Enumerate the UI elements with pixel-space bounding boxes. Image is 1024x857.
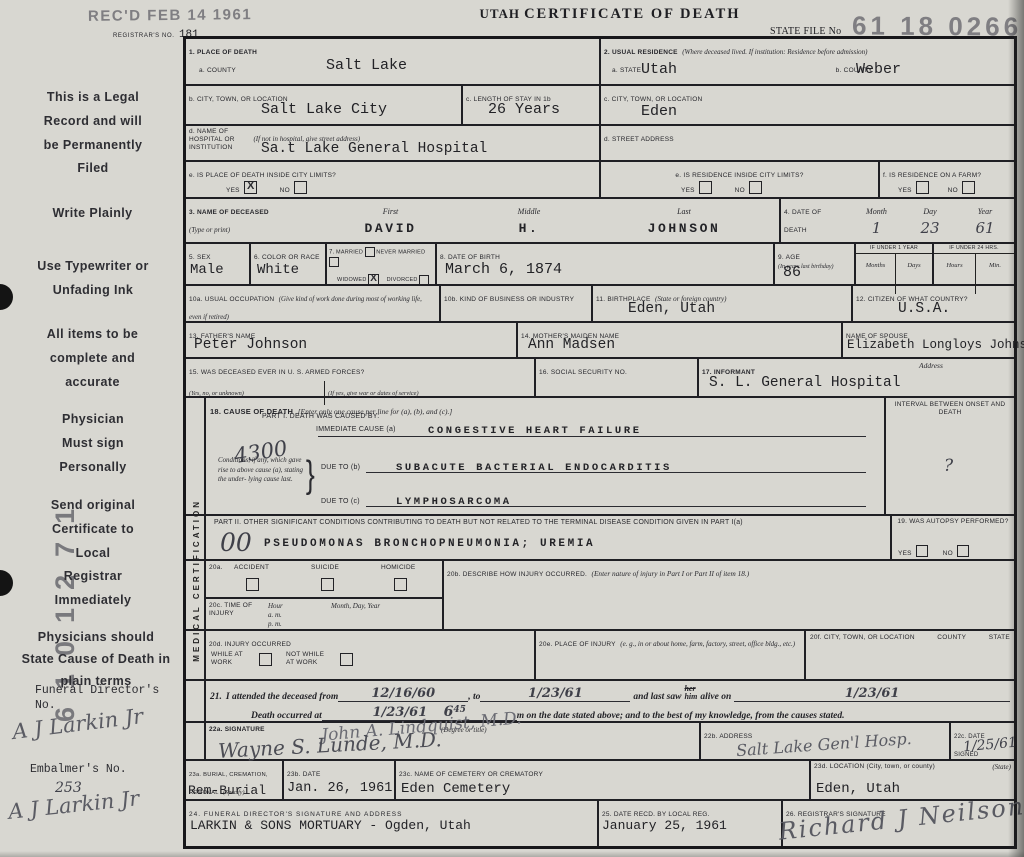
checkbox-widowed: X (368, 274, 379, 285)
under-24-hrs-header: IF UNDER 24 HRS. (934, 244, 1014, 254)
field-date-signed: 22c. DATE SIGNED 1/25/61 (951, 723, 1014, 759)
field-mothers-maiden-name: 14. MOTHER'S MAIDEN NAME Ann Madsen (518, 323, 843, 357)
injury-state-label: STATE (989, 634, 1010, 642)
field-death-inside-city-limits: e. IS PLACE OF DEATH INSIDE CITY LIMITS?… (186, 162, 601, 197)
margin-note-state-cause: Physicians should State Cause of Death i… (20, 627, 172, 693)
form-title-state: UTAH (479, 6, 520, 21)
field-accident-suicide-homicide: 20a. ACCIDENT SUICIDE HOMICIDE (206, 561, 442, 599)
conditions-note: Conditions, if any, which gave rise to a… (218, 456, 308, 485)
no-label: NO (280, 187, 290, 194)
field-usual-occupation: 10a. USUAL OCCUPATION (Give kind of work… (186, 286, 441, 321)
no-label: NO (735, 187, 745, 194)
field-usual-residence: 2. USUAL RESIDENCE (Where deceased lived… (601, 39, 1014, 84)
scan-edge-shadow (1008, 0, 1024, 857)
age-value: 86 (783, 264, 801, 281)
middle-name-header: Middle (518, 207, 541, 216)
checkbox-never-married (329, 257, 339, 267)
armed-forces-hint1: (Yes, no, or unknown) (189, 390, 244, 397)
injury-county-label: COUNTY (937, 634, 966, 642)
spouse-value: Elizabeth Longloys Johnson (847, 338, 1024, 352)
field-injury-city-county-state: 20f. CITY, TOWN, OR LOCATION COUNTY STAT… (806, 631, 1014, 679)
margin-note-physician-sign: Physician Must sign Personally (52, 408, 134, 479)
injury-occurred-label: 20d. INJURY OCCURRED (209, 641, 291, 648)
accident-label: ACCIDENT (234, 564, 269, 572)
field-describe-injury: 20b. DESCRIBE HOW INJURY OCCURRED. (Ente… (444, 561, 1014, 629)
yes-label: YES (898, 187, 912, 194)
field-physician-address: 22b. ADDRESS Salt Lake Gen'l Hosp. (701, 723, 951, 759)
month-header: Month (866, 207, 887, 216)
days-header: Days (907, 262, 920, 269)
first-name-header: First (383, 207, 399, 216)
date-received-label: 25. DATE RECD. BY LOCAL REG. (602, 811, 710, 818)
attended-num: 21. (210, 692, 222, 702)
field-date-of-death: 4. DATE OF DEATH Month 1 Day 23 Year 61 (781, 199, 1014, 242)
physician-address-label: 22b. ADDRESS (704, 733, 753, 740)
field-citizen-country: 12. CITIZEN OF WHAT COUNTRY? U.S.A. (853, 286, 1014, 321)
field-name-of-spouse: NAME OF SPOUSE Elizabeth Longloys Johnso… (843, 323, 1014, 357)
county-label: a. COUNTY (199, 67, 236, 74)
field-part2-conditions: PART II. OTHER SIGNIFICANT CONDITIONS CO… (206, 516, 892, 559)
due-to-b-label: DUE TO (b) (321, 464, 360, 473)
field-color-or-race: 6. COLOR OR RACE White (251, 244, 327, 284)
attended-text: I attended the deceased from (226, 692, 338, 702)
interval-label: INTERVAL BETWEEN ONSET AND DEATH (886, 398, 1014, 417)
checkbox-residence-farm-yes (916, 181, 929, 194)
form-title-main: CERTIFICATE OF DEATH (524, 6, 740, 22)
describe-injury-hint: (Enter nature of injury in Part I or Par… (592, 569, 750, 578)
funeral-director-value: LARKIN & SONS MORTUARY - Ogden, Utah (190, 818, 471, 833)
checkbox-homicide (394, 578, 407, 591)
checkbox-accident (246, 578, 259, 591)
business-industry-label: 10b. KIND OF BUSINESS OR INDUSTRY (444, 296, 574, 303)
min-header: Min. (989, 262, 1001, 269)
field-age: 9. AGE (In years last birthday) 86 (775, 244, 856, 284)
death-city-limits-label: e. IS PLACE OF DEATH INSIDE CITY LIMITS? (189, 172, 336, 179)
last-name-value: JOHNSON (648, 221, 721, 236)
medical-strip-segment (186, 681, 206, 721)
margin-note-all-items: All items to be complete and accurate (45, 323, 140, 394)
date-received-value: January 25, 1961 (602, 818, 727, 833)
residence-city-label: c. CITY, TOWN, OR LOCATION (604, 96, 702, 103)
length-of-stay-value: 26 Years (488, 101, 560, 118)
middle-name-value: H. (519, 221, 540, 236)
divorced-label: DIVORCED (387, 277, 418, 283)
no-label: NO (948, 187, 958, 194)
death-occurred-label: Death occurred at (251, 711, 322, 721)
field-residence-on-farm: f. IS RESIDENCE ON A FARM? YES NO (880, 162, 1014, 197)
death-year-value: 61 (975, 219, 994, 237)
last-saw-alive-value: 1/23/61 (845, 686, 900, 701)
residence-city-limits-label: e. IS RESIDENCE INSIDE CITY LIMITS? (675, 172, 803, 179)
date-of-death-title: 4. DATE OF DEATH (784, 209, 821, 234)
residence-farm-label: f. IS RESIDENCE ON A FARM? (883, 172, 981, 179)
field-interval-onset-death: INTERVAL BETWEEN ONSET AND DEATH ? (886, 398, 1014, 514)
field-cause-of-death: 18. CAUSE OF DEATH [Enter only one cause… (206, 398, 886, 514)
attended-to-value: 1/23/61 (528, 686, 583, 701)
medical-strip-segment (186, 516, 206, 559)
cemetery-location-label: 23d. LOCATION (City, town, or county) (814, 763, 935, 771)
checkbox-while-at-work (259, 653, 272, 666)
hospital-label: d. NAME OF HOSPITAL OR INSTITUTION (189, 128, 249, 152)
place-of-injury-label: 20e. PLACE OF INJURY (539, 641, 616, 648)
county-value: Salt Lake (326, 57, 407, 74)
medical-strip-segment (186, 631, 206, 679)
handwritten-00: 00 (220, 528, 252, 557)
field-attended-statement: 21. I attended the deceased from 12/16/6… (206, 681, 1014, 721)
no-label: NO (943, 550, 953, 557)
field-place-of-death-county: 1. PLACE OF DEATH a. COUNTY Salt Lake (186, 39, 601, 84)
field-autopsy: 19. WAS AUTOPSY PERFORMED? YES NO (892, 516, 1014, 559)
funeral-director-label: 24. FUNERAL DIRECTOR'S SIGNATURE AND ADD… (189, 811, 402, 818)
citizen-value: U.S.A. (898, 301, 950, 317)
cause-c-value: LYMPHOSARCOMA (396, 496, 512, 508)
checkbox-death-city-limits-no (294, 181, 307, 194)
cause-b-value: SUBACUTE BACTERIAL ENDOCARDITIS (396, 462, 672, 474)
field-business-industry: 10b. KIND OF BUSINESS OR INDUSTRY (441, 286, 593, 321)
checkbox-residence-city-limits-no (749, 181, 762, 194)
date-of-birth-label: 8. DATE OF BIRTH (440, 254, 500, 261)
due-to-c-label: DUE TO (c) (321, 498, 360, 507)
checkbox-residence-farm-no (962, 181, 975, 194)
group-if-under-24-hrs: IF UNDER 24 HRS. Hours Min. (934, 244, 1014, 284)
checkbox-married (365, 247, 375, 257)
field-date-of-birth: 8. DATE OF BIRTH March 6, 1874 (437, 244, 775, 284)
residence-county-value: Weber (856, 61, 901, 78)
homicide-label: HOMICIDE (381, 564, 416, 572)
sex-label: 5. SEX (189, 254, 211, 261)
signature-label: 22a. SIGNATURE (209, 726, 265, 734)
checkbox-mark: X (245, 180, 256, 192)
suicide-label: SUICIDE (311, 564, 339, 572)
margin-note-send-original: Send original Certificate to Local Regis… (45, 494, 141, 613)
checkbox-autopsy-no (957, 545, 969, 557)
field-place-of-injury: 20e. PLACE OF INJURY (e. g., in or about… (536, 631, 806, 679)
field-burial-date: 23b. DATE Jan. 26, 1961 (284, 761, 396, 799)
field-name-of-deceased: 3. NAME OF DECEASED (Type or print) Firs… (186, 199, 781, 242)
field-social-security-no: 16. SOCIAL SECURITY NO. (536, 359, 699, 396)
name-of-deceased-sub: (Type or print) (189, 226, 230, 234)
cemetery-label: 23c. NAME OF CEMETERY OR CREMATORY (399, 771, 543, 778)
margin-note-write-plainly: Write Plainly (30, 202, 155, 226)
residence-state-value: Utah (641, 61, 677, 78)
informant-address-header: Address (919, 361, 943, 370)
pm-label: p. m. (268, 620, 282, 628)
medical-strip-segment (186, 398, 206, 514)
embalmer-no-label: Embalmer's No. (30, 763, 127, 776)
mothers-maiden-name-value: Ann Madsen (528, 337, 615, 353)
field-informant: 17. INFORMANT Address S. L. General Hosp… (699, 359, 1014, 396)
city-of-death-value: Salt Lake City (261, 101, 387, 118)
field-length-of-stay: c. LENGTH OF STAY IN 1b 26 Years (463, 86, 601, 124)
year-header: Year (978, 207, 992, 216)
field-marital-status: 7. MARRIED NEVER MARRIED WIDOWED X DIVOR… (327, 244, 437, 284)
age-label: 9. AGE (778, 254, 800, 261)
name-of-deceased-title: 3. NAME OF DECEASED (189, 209, 269, 216)
checkbox-autopsy-yes (916, 545, 928, 557)
field-cemetery-name: 23c. NAME OF CEMETERY OR CREMATORY Eden … (396, 761, 811, 799)
part2-label: PART II. OTHER SIGNIFICANT CONDITIONS CO… (206, 516, 890, 528)
margin-column: 6101271 This is a Legal Record and will … (0, 0, 183, 857)
hour-label: Hour (268, 602, 283, 610)
describe-injury-label: 20b. DESCRIBE HOW INJURY OCCURRED. (447, 571, 587, 578)
color-race-value: White (257, 262, 299, 278)
checkbox-residence-city-limits-yes (699, 181, 712, 194)
cemetery-value: Eden Cemetery (401, 781, 510, 797)
field-date-received: 25. DATE RECD. BY LOCAL REG. January 25,… (599, 801, 783, 846)
checkbox-mark: X (368, 273, 379, 284)
yes-label: YES (681, 187, 695, 194)
field-20a-num: 20a. (209, 564, 223, 572)
medical-strip-segment (186, 723, 206, 759)
field-residence-city: c. CITY, TOWN, OR LOCATION Eden (601, 86, 1014, 124)
field-injury-occurred: 20d. INJURY OCCURRED WHILE AT WORK NOT W… (206, 631, 536, 679)
hospital-value: Sa.t Lake General Hospital (261, 141, 487, 157)
birthplace-value: Eden, Utah (628, 301, 715, 317)
her-him-choice: her him (684, 685, 697, 702)
field-registrar-signature: 26. REGISTRAR'S SIGNATURE Richard J Neil… (783, 801, 1014, 846)
attended-to-label: , to (468, 692, 480, 702)
field-cemetery-location: 23d. LOCATION (City, town, or county) (S… (811, 761, 1014, 799)
hours-header: Hours (946, 262, 962, 269)
street-address-label: d. STREET ADDRESS (604, 136, 674, 143)
death-occurred-rest: m on the date stated above; and to the b… (517, 711, 845, 721)
marital-num: 7. (329, 249, 335, 255)
married-label: MARRIED (336, 249, 363, 255)
months-header: Months (866, 262, 886, 269)
color-race-label: 6. COLOR OR RACE (254, 254, 320, 261)
checkbox-not-while-at-work (340, 653, 353, 666)
him-option: him (684, 693, 697, 701)
sex-value: Male (190, 262, 224, 278)
field-sex: 5. SEX Male (186, 244, 251, 284)
residence-city-value: Eden (641, 103, 677, 120)
field-burial-cremation: 23a. BURIAL, CREMATION, REMOVAL (Specify… (186, 761, 284, 799)
checkbox-suicide (321, 578, 334, 591)
medical-strip-segment (186, 561, 206, 629)
burial-value: Rem-Burial (188, 783, 266, 798)
death-day-value: 23 (920, 219, 939, 237)
certificate-form: 1. PLACE OF DEATH a. COUNTY Salt Lake 2.… (183, 36, 1017, 849)
group-if-under-1-year: IF UNDER 1 YEAR Months Days (856, 244, 934, 284)
place-of-injury-hint: (e. g., in or about home, farm, factory,… (620, 640, 795, 648)
scan-bottom-shadow (0, 851, 1024, 857)
informant-value: S. L. General Hospital (709, 375, 900, 391)
yes-label: YES (898, 550, 912, 557)
place-of-death-title: 1. PLACE OF DEATH (189, 49, 257, 56)
fathers-name-value: Peter Johnson (194, 337, 307, 353)
interval-b-value: ? (944, 456, 953, 476)
death-certificate-scan: REC'D FEB 14 1961 REGISTRAR'S NO. 181 UT… (0, 0, 1024, 857)
while-at-work-label: WHILE AT WORK (211, 651, 253, 667)
margin-note-legal-record: This is a Legal Record and will be Perma… (42, 86, 144, 181)
hole-punch-bottom (0, 570, 13, 596)
last-saw-label: and last saw (633, 692, 681, 702)
autopsy-label: 19. WAS AUTOPSY PERFORMED? (892, 516, 1014, 528)
form-title: UTAH CERTIFICATE OF DEATH (430, 5, 790, 23)
field-hospital-name: d. NAME OF HOSPITAL OR INSTITUTION (If n… (186, 126, 601, 160)
field-funeral-director: 24. FUNERAL DIRECTOR'S SIGNATURE AND ADD… (186, 801, 599, 846)
checkbox-death-city-limits-yes: X (244, 181, 257, 194)
never-married-label: NEVER MARRIED (376, 249, 425, 255)
day-header: Day (923, 207, 936, 216)
conditions-brace: } (306, 454, 315, 497)
not-while-at-work-label: NOT WHILE AT WORK (286, 651, 334, 667)
cemetery-location-value: Eden, Utah (816, 781, 900, 797)
field-city-of-death: b. CITY, TOWN, OR LOCATION Salt Lake Cit… (186, 86, 463, 124)
alive-on-label: alive on (700, 692, 731, 702)
death-month-value: 1 (872, 219, 882, 237)
cause-a-value: CONGESTIVE HEART FAILURE (428, 425, 642, 437)
under-1-year-header: IF UNDER 1 YEAR (856, 244, 932, 254)
part2-value: PSEUDOMONAS BRONCHOPNEUMONIA; UREMIA (264, 538, 595, 550)
time-of-injury-label: 20c. TIME OF INJURY (209, 602, 261, 618)
armed-forces-label: 15. WAS DECEASED EVER IN U. S. ARMED FOR… (189, 369, 364, 376)
checkbox-divorced (419, 275, 429, 285)
margin-note-use-typewriter: Use Typewriter or Unfading Ink (28, 255, 158, 303)
field-armed-forces: 15. WAS DECEASED EVER IN U. S. ARMED FOR… (186, 359, 536, 396)
occupation-label: 10a. USUAL OCCUPATION (189, 296, 274, 303)
widowed-label: WIDOWED (337, 277, 367, 283)
month-day-year-label: Month, Day, Year (331, 602, 380, 610)
burial-date-label: 23b. DATE (287, 771, 321, 778)
hole-punch-top (0, 284, 13, 310)
burial-date-value: Jan. 26, 1961 (287, 781, 392, 796)
field-fathers-name: 13. FATHER'S NAME Peter Johnson (186, 323, 518, 357)
armed-forces-hint2: (If yes, give war or dates of service) (328, 390, 419, 397)
injury-city-label: 20f. CITY, TOWN, OR LOCATION (810, 634, 915, 642)
field-birthplace: 11. BIRTHPLACE (State or foreign country… (593, 286, 853, 321)
field-residence-inside-city-limits: e. IS RESIDENCE INSIDE CITY LIMITS? YES … (601, 162, 880, 197)
date-of-birth-value: March 6, 1874 (445, 261, 562, 278)
attended-from-value: 12/16/60 (371, 686, 435, 701)
residence-state-label: a. STATE (612, 67, 641, 74)
field-time-of-injury: 20c. TIME OF INJURY Hour a. m. p. m. Mon… (206, 599, 442, 629)
yes-label: YES (226, 187, 240, 194)
last-name-header: Last (677, 207, 691, 216)
ssn-label: 16. SOCIAL SECURITY NO. (539, 369, 627, 376)
field-physician-signature: 22a. SIGNATURE (Degree or title) John A.… (206, 723, 701, 759)
first-name-value: DAVID (364, 221, 416, 236)
group-20a-20c: 20a. ACCIDENT SUICIDE HOMICIDE 20c. TIME… (206, 561, 444, 629)
am-label: a. m. (268, 611, 282, 619)
usual-residence-title: 2. USUAL RESIDENCE (604, 49, 678, 56)
usual-residence-hint: (Where deceased lived. If institution: R… (682, 48, 867, 56)
field-street-address: d. STREET ADDRESS (601, 126, 1014, 160)
